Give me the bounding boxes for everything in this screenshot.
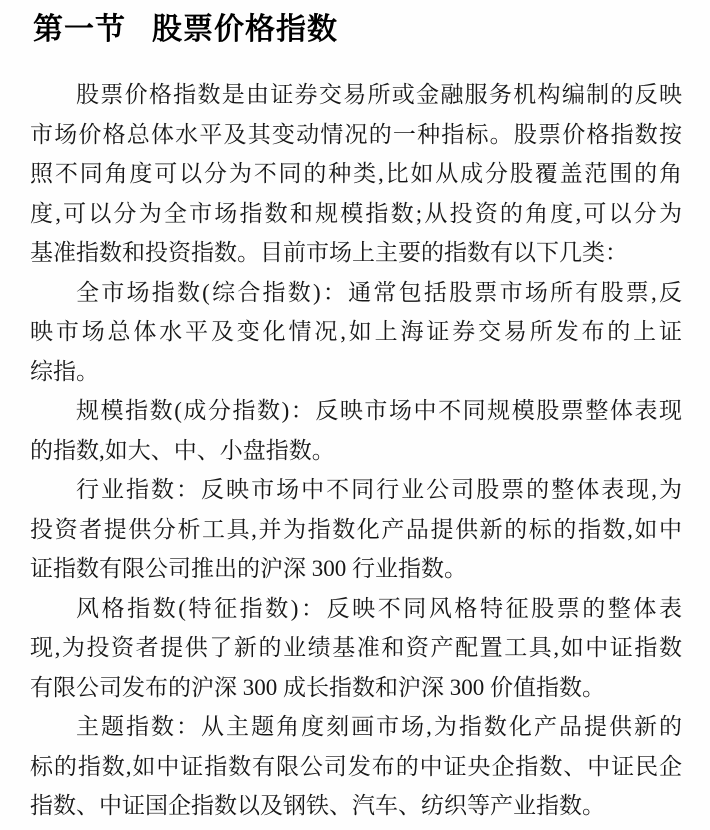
text-line: 证指数有限公司推出的沪深 300 行业指数。	[30, 549, 682, 589]
text-line: 映市场总体水平及变化情况,如上海证券交易所发布的上证	[30, 312, 682, 352]
text-line: 市场价格总体水平及其变动情况的一种指标。股票价格指数按	[30, 115, 682, 155]
document-page: 第一节股票价格指数 股票价格指数是由证券交易所或金融服务机构编制的反映市场价格总…	[0, 0, 710, 830]
text-line: 规模指数(成分指数)：反映市场中不同规模股票整体表现	[30, 391, 682, 431]
text-line: 股票价格指数是由证券交易所或金融服务机构编制的反映	[30, 75, 682, 115]
paragraph: 股票价格指数是由证券交易所或金融服务机构编制的反映市场价格总体水平及其变动情况的…	[30, 75, 682, 273]
paragraph: 全市场指数(综合指数)：通常包括股票市场所有股票,反映市场总体水平及变化情况,如…	[30, 273, 682, 392]
text-line: 的指数,如大、中、小盘指数。	[30, 431, 682, 471]
section-heading: 第一节股票价格指数	[0, 0, 710, 48]
paragraph: 主题指数：从主题角度刻画市场,为指数化产品提供新的标的指数,如中证指数有限公司发…	[30, 707, 682, 826]
text-line: 基准指数和投资指数。目前市场上主要的指数有以下几类：	[30, 233, 682, 273]
text-line: 照不同角度可以分为不同的种类,比如从成分股覆盖范围的角	[30, 154, 682, 194]
paragraph: 行业指数：反映市场中不同行业公司股票的整体表现,为投资者提供分析工具,并为指数化…	[30, 470, 682, 589]
text-line: 行业指数：反映市场中不同行业公司股票的整体表现,为	[30, 470, 682, 510]
text-line: 投资者提供分析工具,并为指数化产品提供新的标的指数,如中	[30, 510, 682, 550]
section-title: 股票价格指数	[152, 13, 338, 46]
body-text: 股票价格指数是由证券交易所或金融服务机构编制的反映市场价格总体水平及其变动情况的…	[0, 75, 710, 826]
section-number: 第一节	[33, 13, 126, 46]
text-line: 综指。	[30, 352, 682, 392]
text-line: 指数、中证国企指数以及钢铁、汽车、纺织等产业指数。	[30, 786, 682, 826]
text-line: 度,可以分为全市场指数和规模指数;从投资的角度,可以分为	[30, 194, 682, 234]
text-line: 主题指数：从主题角度刻画市场,为指数化产品提供新的	[30, 707, 682, 747]
text-line: 标的指数,如中证指数有限公司发布的中证央企指数、中证民企	[30, 747, 682, 787]
paragraph: 风格指数(特征指数)：反映不同风格特征股票的整体表现,为投资者提供了新的业绩基准…	[30, 589, 682, 708]
text-line: 风格指数(特征指数)：反映不同风格特征股票的整体表	[30, 589, 682, 629]
paragraph: 规模指数(成分指数)：反映市场中不同规模股票整体表现的指数,如大、中、小盘指数。	[30, 391, 682, 470]
text-line: 有限公司发布的沪深 300 成长指数和沪深 300 价值指数。	[30, 668, 682, 708]
text-line: 全市场指数(综合指数)：通常包括股票市场所有股票,反	[30, 273, 682, 313]
text-line: 现,为投资者提供了新的业绩基准和资产配置工具,如中证指数	[30, 628, 682, 668]
